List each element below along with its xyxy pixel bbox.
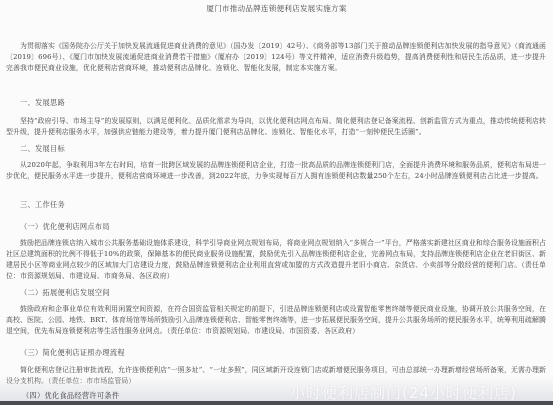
section-heading-2: 二、发展目标 xyxy=(20,144,65,154)
task-heading-4: （四）优化食品经营许可条件 xyxy=(22,391,119,401)
section-heading-1: 一、发展思路 xyxy=(20,98,65,108)
task-text-1: 鼓励把品牌连锁店纳入城市公共服务基础设施体系建设，科学引导商业网点规划布局，将商… xyxy=(6,238,546,282)
section-text-2: 从2020年起，争取利用3年左右时间，培育一批跨区域发展的品牌连锁便利店企业，打… xyxy=(6,160,546,182)
watermark-text: 小时便利店制门(24小时便利店) xyxy=(290,382,517,403)
task-heading-1: （一）优化便利店网点布局 xyxy=(20,222,110,232)
section-text-1: 坚持“政府引导、市场主导”的发展原则，以满足便利化、品质化需求为导向，以优化便利… xyxy=(6,116,546,138)
intro-paragraph: 为贯彻落实《国务院办公厅关于加快发展流通促进商业消费的意见》（国办发〔2019〕… xyxy=(6,41,546,74)
task-heading-3: （三）简化便利店证照办理流程 xyxy=(20,348,125,358)
bottom-edge-bar xyxy=(0,401,553,405)
task-text-2: 鼓励政府和企事业单位有效利用闲置空间资源，在符合国资监管相关规定的前提下，引进品… xyxy=(6,304,546,337)
task-heading-2: （二）拓展便利店发展空间 xyxy=(20,288,110,298)
section-heading-3: 三、工作任务 xyxy=(20,200,65,210)
document-title: 厦门市推动品牌连锁便利店发展实施方案 xyxy=(0,3,553,14)
document-page: 厦门市推动品牌连锁便利店发展实施方案 为贯彻落实《国务院办公厅关于加快发展流通促… xyxy=(0,0,553,405)
